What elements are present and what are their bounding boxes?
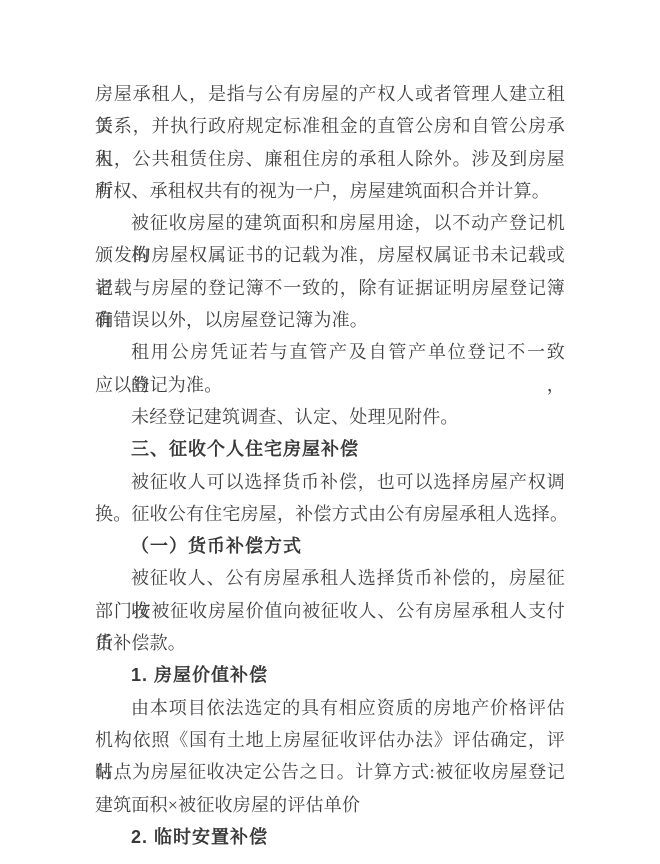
text-line: 有权、承租权共有的视为一户，房屋建筑面积合并计算。: [95, 175, 565, 207]
text-line: 被征收人、公有房屋承租人选择货币补偿的，房屋征收: [95, 562, 565, 594]
text-line: 房屋承租人，是指与公有房屋的产权人或者管理人建立租赁: [95, 78, 565, 110]
text-line: 由本项目依法选定的具有相应资质的房地产价格评估: [95, 692, 565, 724]
text-line: 关系，并执行政府规定标准租金的直管公房和自管公房承租: [95, 110, 565, 142]
document-page: 房屋承租人，是指与公有房屋的产权人或者管理人建立租赁 关系，并执行政府规定标准租…: [0, 0, 660, 864]
heading-item-1: 1. 房屋价值补偿: [95, 659, 565, 691]
text-line: 未经登记建筑调查、认定、处理见附件。: [95, 401, 565, 433]
text-line: 被征收房屋的建筑面积和房屋用途，以不动产登记机构: [95, 207, 565, 239]
text-line: 被征收人可以选择货币补偿，也可以选择房屋产权调: [95, 466, 565, 498]
document-text-block: 房屋承租人，是指与公有房屋的产权人或者管理人建立租赁 关系，并执行政府规定标准租…: [95, 78, 565, 853]
text-line: 租用公房凭证若与直管产及自管产单位登记不一致的，: [95, 336, 565, 368]
text-line: 记载与房屋的登记簿不一致的，除有证据证明房屋登记簿确: [95, 272, 565, 304]
heading-item-2: 2. 临时安置补偿: [95, 821, 565, 853]
text-line: 部门按被征收房屋价值向被征收人、公有房屋承租人支付货: [95, 595, 565, 627]
heading-section-3: 三、征收个人住宅房屋补偿: [95, 433, 565, 465]
text-line: 币补偿款。: [95, 627, 565, 659]
text-line: 时点为房屋征收决定公告之日。计算方式:被征收房屋登记: [95, 756, 565, 788]
heading-subsection-1: （一）货币补偿方式: [95, 530, 565, 562]
text-line: 建筑面积×被征收房屋的评估单价: [95, 789, 565, 821]
text-line: 人，公共租赁住房、廉租住房的承租人除外。涉及到房屋所: [95, 143, 565, 175]
text-line: 有错误以外，以房屋登记簿为准。: [95, 304, 565, 336]
text-line: 换。征收公有住宅房屋，补偿方式由公有房屋承租人选择。: [95, 498, 565, 530]
text-line: 机构依照《国有土地上房屋征收评估办法》评估确定，评估: [95, 724, 565, 756]
text-line: 颁发的房屋权属证书的记载为准，房屋权属证书未记载或者: [95, 239, 565, 271]
